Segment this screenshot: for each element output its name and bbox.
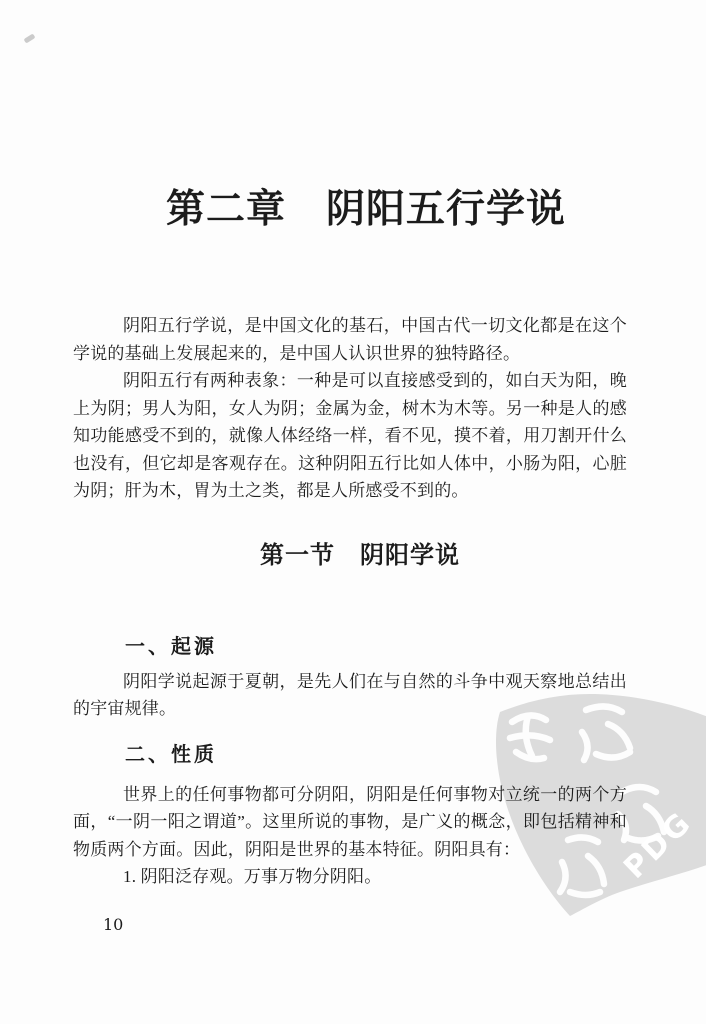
section-title: 第一节 阴阳学说 <box>73 539 627 571</box>
nature-paragraph: 世界上的任何事物都可分阴阳，阴阳是任何事物对立统一的两个方面，“一阴一阳之谓道”… <box>73 781 627 864</box>
subsection-heading-nature: 二、性质 <box>125 741 627 768</box>
chapter-title: 第二章 阴阳五行学说 <box>73 186 627 234</box>
intro-paragraph-1: 阴阳五行学说，是中国文化的基石，中国古代一切文化都是在这个学说的基础上发展起来的… <box>73 312 627 367</box>
origin-paragraph: 阴阳学说起源于夏朝，是先人们在与自然的斗争中观天察地总结出的宇宙规律。 <box>73 668 627 723</box>
nature-list-item: 1. 阴阳泛存观。万事万物分阴阳。 <box>73 863 627 891</box>
page-number: 10 <box>103 915 123 935</box>
subsection-heading-origin: 一、起源 <box>125 633 627 660</box>
intro-paragraph-2: 阴阳五行有两种表象：一种是可以直接感受到的，如白天为阳，晚上为阴；男人为阳，女人… <box>73 367 627 505</box>
book-page: PDG 第二章 阴阳五行学说 阴阳五行学说，是中国文化的基石，中国古代一切文化都… <box>0 0 706 1024</box>
page-content: 第二章 阴阳五行学说 阴阳五行学说，是中国文化的基石，中国古代一切文化都是在这个… <box>73 0 627 891</box>
scan-artifact <box>24 33 36 43</box>
